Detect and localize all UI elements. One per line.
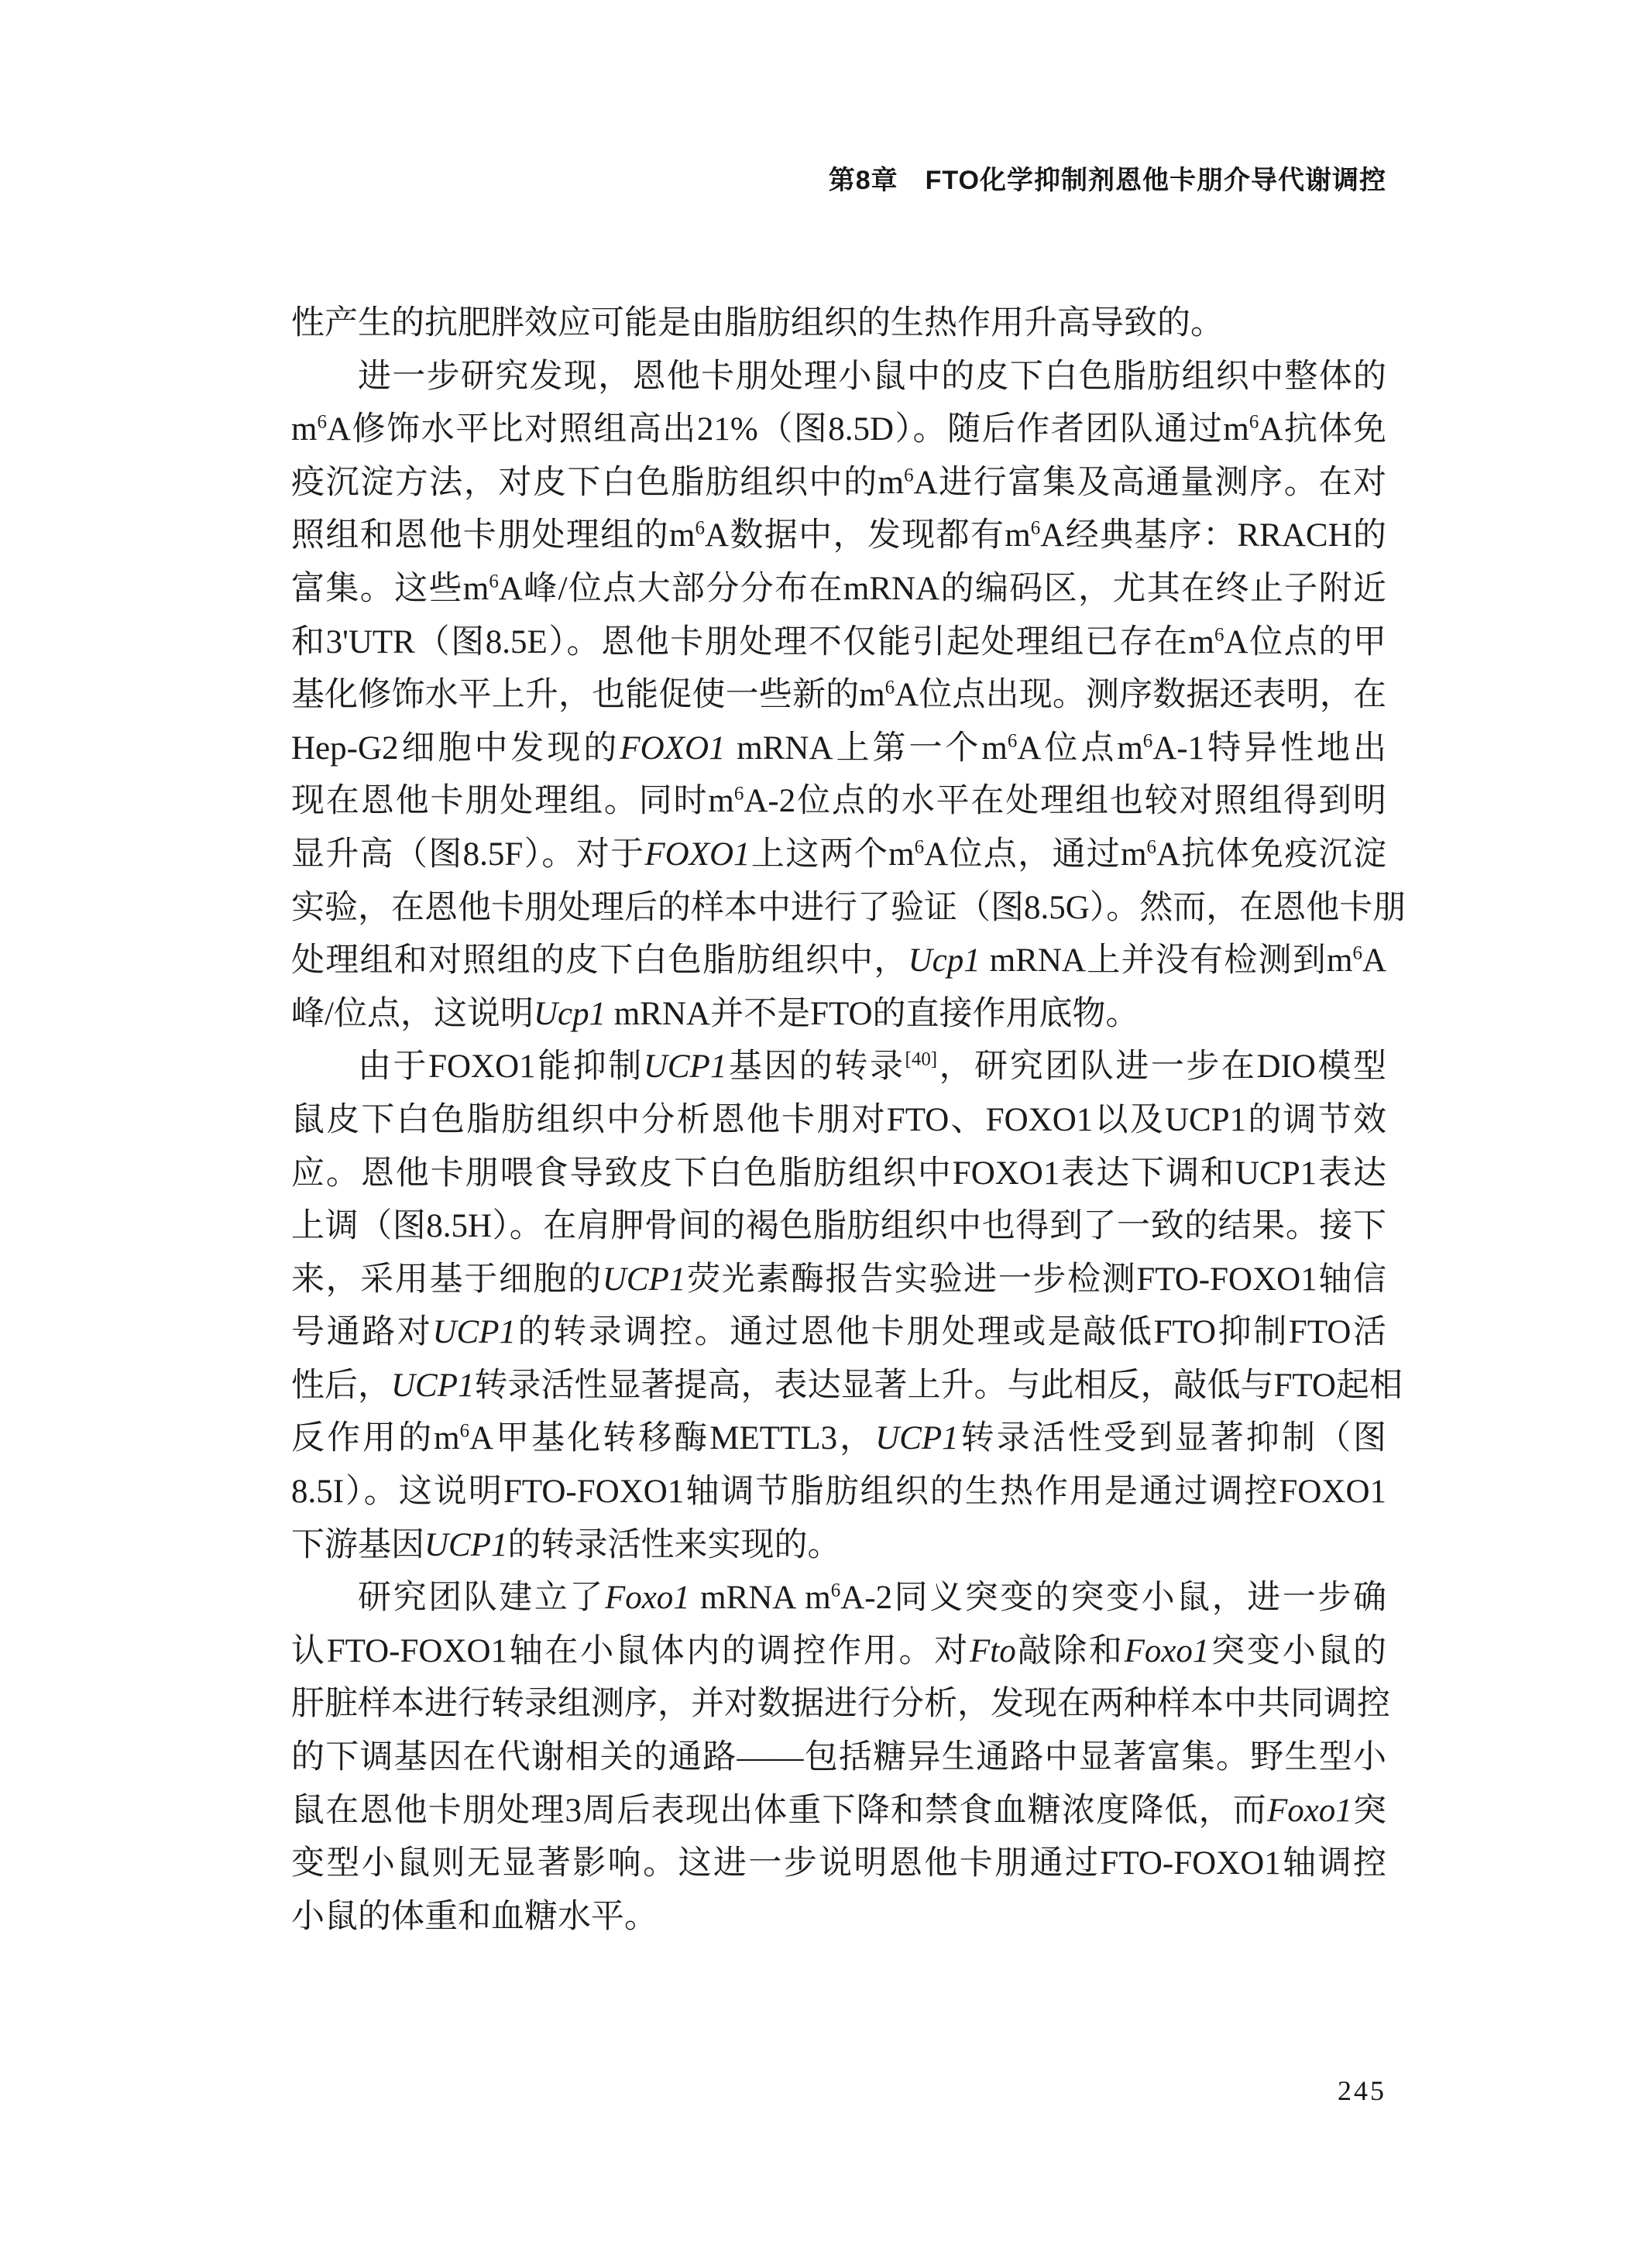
body-line: 8.5I）。这说明FTO-FOXO1轴调节脂肪组织的生热作用是通过调控FOXO1: [291, 1466, 1386, 1519]
body-line: 基化修饰水平上升，也能促使一些新的m6A位点出现。测序数据还表明，在: [291, 669, 1386, 722]
page-number: 245: [1338, 2074, 1386, 2108]
body-line: 研究团队建立了Foxo1 mRNA m6A-2同义突变的突变小鼠，进一步确: [291, 1572, 1386, 1625]
body-paragraph: 进一步研究发现，恩他卡朋处理小鼠中的皮下白色脂肪组织中整体的m6A修饰水平比对照…: [291, 351, 1386, 1041]
body-line: 鼠在恩他卡朋处理3周后表现出体重下降和禁食血糖浓度降低，而Foxo1突: [291, 1785, 1386, 1838]
body-line: 的下调基因在代谢相关的通路——包括糖异生通路中显著富集。野生型小: [291, 1731, 1386, 1785]
body-line: m6A修饰水平比对照组高出21%（图8.5D）。随后作者团队通过m6A抗体免: [291, 403, 1386, 457]
body-line: 显升高（图8.5F）。对于FOXO1上这两个m6A位点，通过m6A抗体免疫沉淀: [291, 829, 1386, 882]
body-line: 应。恩他卡朋喂食导致皮下白色脂肪组织中FOXO1表达下调和UCP1表达: [291, 1148, 1386, 1201]
body-line: 小鼠的体重和血糖水平。: [291, 1891, 1386, 1944]
body-line: 现在恩他卡朋处理组。同时m6A-2位点的水平在处理组也较对照组得到明: [291, 775, 1386, 829]
body-line: 进一步研究发现，恩他卡朋处理小鼠中的皮下白色脂肪组织中整体的: [291, 351, 1386, 404]
body-paragraph: 性产生的抗肥胖效应可能是由脂肪组织的生热作用升高导致的。: [291, 297, 1386, 351]
body-line: 认FTO-FOXO1轴在小鼠体内的调控作用。对Fto敲除和Foxo1突变小鼠的: [291, 1625, 1386, 1679]
body-line: 号通路对UCP1的转录调控。通过恩他卡朋处理或是敲低FTO抑制FTO活: [291, 1306, 1386, 1360]
body-line: Hep-G2细胞中发现的FOXO1 mRNA上第一个m6A位点m6A-1特异性地…: [291, 722, 1386, 776]
body-line: 富集。这些m6A峰/位点大部分分布在mRNA的编码区，尤其在终止子附近: [291, 563, 1386, 616]
body-line: 疫沉淀方法，对皮下白色脂肪组织中的m6A进行富集及高通量测序。在对: [291, 457, 1386, 510]
body-line: 实验，在恩他卡朋处理后的样本中进行了验证（图8.5G）。然而，在恩他卡朋: [291, 882, 1386, 935]
body-line: 性产生的抗肥胖效应可能是由脂肪组织的生热作用升高导致的。: [291, 297, 1386, 351]
body-line: 变型小鼠则无显著影响。这进一步说明恩他卡朋通过FTO-FOXO1轴调控: [291, 1837, 1386, 1891]
body-paragraph: 研究团队建立了Foxo1 mRNA m6A-2同义突变的突变小鼠，进一步确认FT…: [291, 1572, 1386, 1944]
body-text: 性产生的抗肥胖效应可能是由脂肪组织的生热作用升高导致的。进一步研究发现，恩他卡朋…: [291, 297, 1386, 1944]
body-line: 肝脏样本进行转录组测序，并对数据进行分析，发现在两种样本中共同调控: [291, 1678, 1386, 1731]
book-page: 第8章 FTO化学抑制剂恩他卡朋介导代谢调控 性产生的抗肥胖效应可能是由脂肪组织…: [0, 0, 1628, 2268]
body-line: 由于FOXO1能抑制UCP1基因的转录[40]，研究团队进一步在DIO模型: [291, 1041, 1386, 1094]
body-line: 下游基因UCP1的转录活性来实现的。: [291, 1519, 1386, 1573]
body-line: 反作用的m6A甲基化转移酶METTL3，UCP1转录活性受到显著抑制（图: [291, 1412, 1386, 1466]
body-paragraph: 由于FOXO1能抑制UCP1基因的转录[40]，研究团队进一步在DIO模型鼠皮下…: [291, 1041, 1386, 1572]
body-line: 处理组和对照组的皮下白色脂肪组织中，Ucp1 mRNA上并没有检测到m6A: [291, 935, 1386, 988]
body-line: 照组和恩他卡朋处理组的m6A数据中，发现都有m6A经典基序：RRACH的: [291, 510, 1386, 563]
body-line: 峰/位点，这说明Ucp1 mRNA并不是FTO的直接作用底物。: [291, 988, 1386, 1041]
body-line: 和3'UTR（图8.5E）。恩他卡朋处理不仅能引起处理组已存在m6A位点的甲: [291, 616, 1386, 670]
body-line: 性后，UCP1转录活性显著提高，表达显著上升。与此相反，敲低与FTO起相: [291, 1360, 1386, 1413]
body-line: 上调（图8.5H）。在肩胛骨间的褐色脂肪组织中也得到了一致的结果。接下: [291, 1200, 1386, 1254]
body-line: 来，采用基于细胞的UCP1荧光素酶报告实验进一步检测FTO-FOXO1轴信: [291, 1254, 1386, 1307]
body-line: 鼠皮下白色脂肪组织中分析恩他卡朋对FTO、FOXO1以及UCP1的调节效: [291, 1094, 1386, 1148]
running-header: 第8章 FTO化学抑制剂恩他卡朋介导代谢调控: [829, 164, 1386, 197]
